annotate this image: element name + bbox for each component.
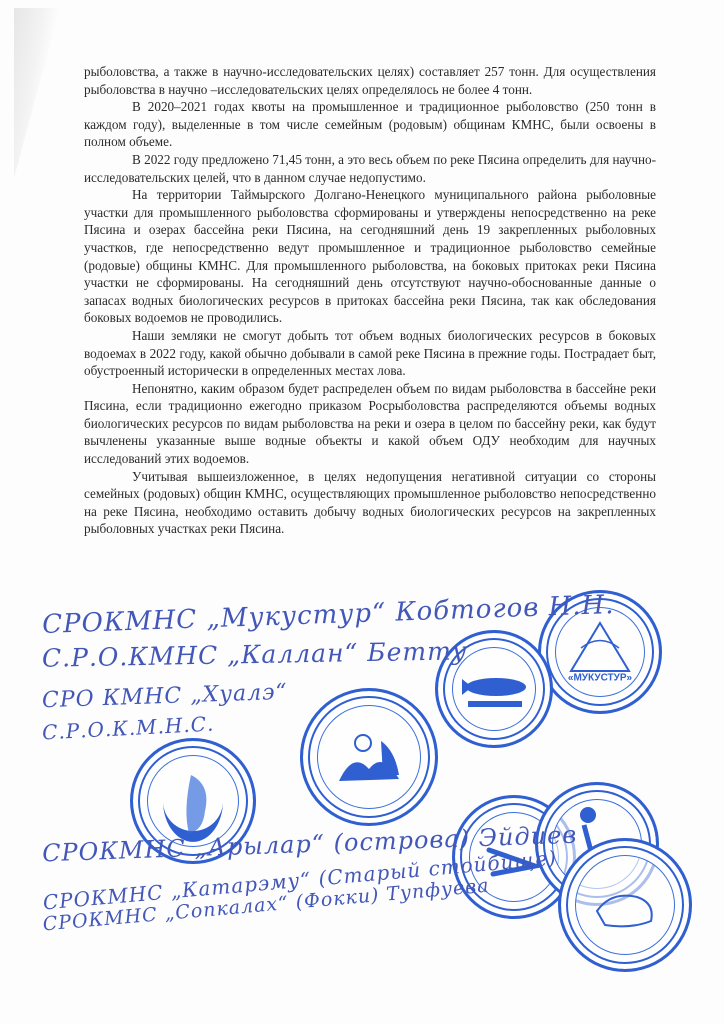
signature-line: СРО КМНС „Хуалэ“ [42,680,288,714]
signature-line: С.Р.О.КМНС „Каллан“ Бетту [42,636,468,672]
paragraph: В 2022 году предложено 71,45 тонн, а это… [84,151,656,186]
paragraph: Непонятно, каким образом будет распредел… [84,380,656,468]
document-page: рыболовства, а также в научно-исследоват… [0,0,724,1024]
paragraph: На территории Таймырского Долгано-Ненецк… [84,186,656,327]
sun-mountain-emblem-icon [303,691,435,823]
bear-emblem-icon [561,841,689,969]
paragraph: В 2020–2021 годах квоты на промышленное … [84,98,656,151]
paragraph: Наши земляки не смогут добыть тот объем … [84,327,656,380]
paragraph: Учитывая вышеизложенное, в целях недопущ… [84,468,656,538]
document-body: рыболовства, а также в научно-исследоват… [84,63,656,538]
stamp-sun-mountain [300,688,438,826]
page-corner-fold [14,8,60,178]
stamp-label: «МУКУСТУР» [541,672,659,683]
paragraph: рыболовства, а также в научно-исследоват… [84,63,656,98]
stamp-bear [558,838,692,972]
